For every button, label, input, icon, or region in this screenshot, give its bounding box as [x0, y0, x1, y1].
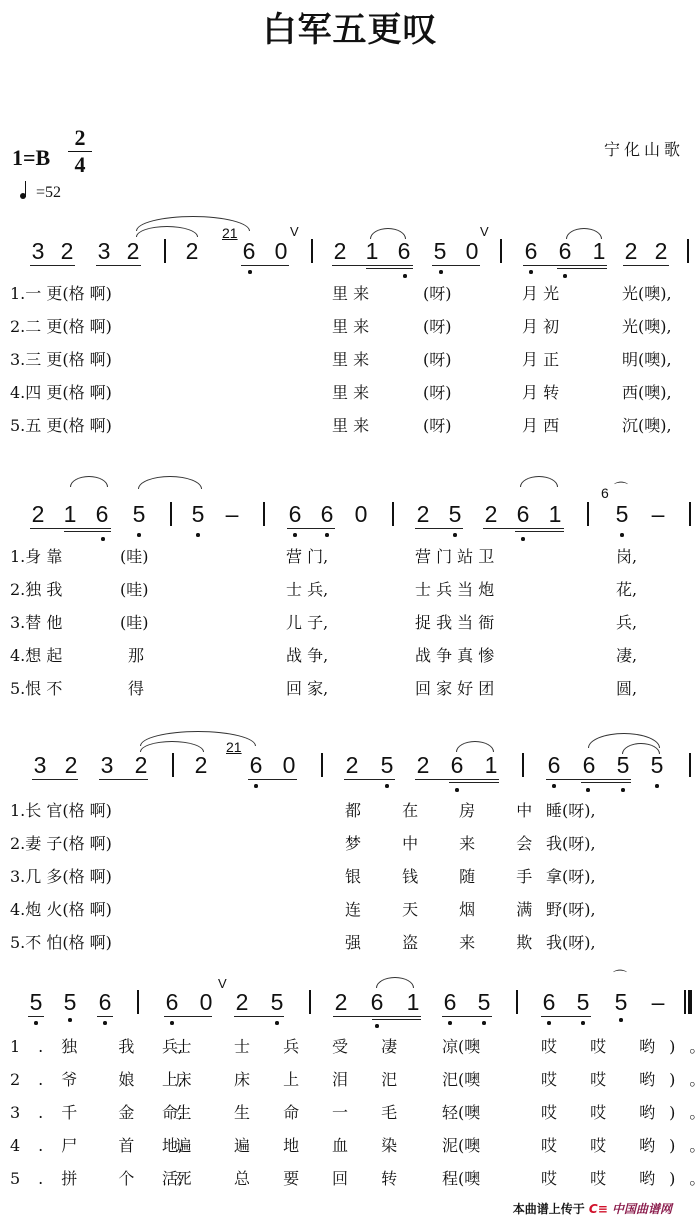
low-octave-dot	[293, 533, 297, 537]
note: 2	[29, 502, 47, 526]
lyric: (哇)	[120, 581, 149, 599]
barline	[522, 753, 524, 777]
underline	[415, 779, 499, 780]
barline	[170, 502, 172, 526]
underline	[557, 268, 607, 269]
barline	[311, 239, 313, 263]
underline	[234, 1016, 284, 1017]
lyric: 士 兵,	[286, 581, 328, 599]
note: 2	[132, 753, 150, 777]
final-barline-thin	[684, 990, 686, 1014]
note: 6	[368, 990, 386, 1014]
lyric: 地,	[162, 1137, 183, 1155]
note: 2	[652, 239, 670, 263]
note: 3	[95, 239, 113, 263]
lyric: 2.妻 子(格 啊)	[10, 835, 112, 853]
breath-mark: V	[480, 224, 489, 239]
underline	[546, 779, 631, 780]
lyric: 月 初	[522, 318, 559, 336]
lyric: 里 来	[332, 351, 369, 369]
lyric: 里 来	[332, 384, 369, 402]
underline	[483, 528, 564, 529]
time-signature-bottom: 4	[68, 153, 92, 177]
lyric: (呀)	[423, 417, 452, 435]
note: 5	[268, 990, 286, 1014]
low-octave-dot	[586, 788, 590, 792]
low-octave-dot	[275, 1021, 279, 1025]
underline	[164, 1016, 212, 1017]
low-octave-dot	[103, 1021, 107, 1025]
lyric: 岗,	[616, 548, 637, 566]
time-signature: 2 4	[68, 126, 92, 177]
note: 2	[62, 753, 80, 777]
lyric: 儿 子,	[286, 614, 328, 632]
lyric: 营 门,	[286, 548, 328, 566]
low-octave-dot	[552, 784, 556, 788]
note: 1	[363, 239, 381, 263]
barline	[689, 502, 691, 526]
underline	[333, 1016, 421, 1017]
underline	[97, 1016, 113, 1017]
note: 2	[233, 990, 251, 1014]
low-octave-dot	[581, 1021, 585, 1025]
lyric: 哎 哎 哟)。	[541, 1137, 700, 1155]
note: 6	[96, 990, 114, 1014]
lyric: 轻(噢	[442, 1104, 480, 1122]
underline	[541, 1016, 591, 1017]
note: 5	[378, 753, 396, 777]
lyric: 我(呀),	[546, 835, 596, 853]
lyric: 里 来	[332, 417, 369, 435]
lyric: (呀)	[423, 351, 452, 369]
note: 6	[522, 239, 540, 263]
underline	[442, 1016, 492, 1017]
low-octave-dot	[137, 533, 141, 537]
note: –	[649, 990, 667, 1014]
low-octave-dot	[375, 1024, 379, 1028]
slur	[520, 476, 558, 487]
final-barline-thick	[688, 990, 692, 1014]
low-octave-dot	[521, 537, 525, 541]
low-octave-dot	[620, 533, 624, 537]
lyric: 那	[128, 647, 144, 665]
time-signature-top: 2	[68, 126, 92, 150]
low-octave-dot	[439, 270, 443, 274]
low-octave-dot	[34, 1021, 38, 1025]
underline	[30, 265, 75, 266]
lyric: 强 盗 来 欺	[345, 934, 550, 952]
note: 0	[272, 239, 290, 263]
low-octave-dot	[403, 274, 407, 278]
lyric: 4.想 起	[10, 647, 62, 665]
low-octave-dot	[655, 784, 659, 788]
lyric: 凄,	[616, 647, 637, 665]
barline	[587, 502, 589, 526]
lyric: (哇)	[120, 548, 149, 566]
lyric: 我(呀),	[546, 934, 596, 952]
lyric: 圆,	[616, 680, 637, 698]
note: 5	[614, 753, 632, 777]
lyric: 床 上	[234, 1071, 313, 1089]
lyric: 4.四 更(格 啊)	[10, 384, 112, 402]
underline	[99, 779, 148, 780]
low-octave-dot	[448, 1021, 452, 1025]
lyric: 受 凄	[332, 1038, 411, 1056]
underline	[30, 528, 111, 529]
note: 2	[124, 239, 142, 263]
lyric: 梦 中 来 会	[345, 835, 550, 853]
note: 2	[183, 239, 201, 263]
lyric: 遍 地	[234, 1137, 313, 1155]
note: 6	[318, 502, 336, 526]
lyric: 拿(呀),	[546, 868, 596, 886]
grace-note: 21	[226, 740, 242, 754]
fermata-icon: ⌒	[613, 972, 627, 984]
barline	[392, 502, 394, 526]
lyric: 光(噢),	[622, 318, 672, 336]
note: 5	[612, 990, 630, 1014]
low-octave-dot	[453, 533, 457, 537]
note: 1	[61, 502, 79, 526]
underline	[449, 782, 499, 783]
note: 5	[613, 502, 631, 526]
lyric: (呀)	[423, 318, 452, 336]
underline	[515, 531, 564, 532]
note: 5	[61, 990, 79, 1014]
barline	[172, 753, 174, 777]
note: 5	[574, 990, 592, 1014]
note: 2	[414, 502, 432, 526]
low-octave-dot	[325, 533, 329, 537]
lyric: 5.恨 不	[10, 680, 62, 698]
lyric: 生 命	[234, 1104, 313, 1122]
low-octave-dot	[254, 784, 258, 788]
lyric: 1.长 官(格 啊)	[10, 802, 112, 820]
lyric: 月 转	[522, 384, 559, 402]
slur	[456, 741, 494, 752]
tempo-value: =52	[36, 184, 61, 201]
lyric: 都 在 房 中	[345, 802, 550, 820]
underline	[581, 782, 631, 783]
underline	[287, 528, 335, 529]
lyric: 士 兵	[234, 1038, 313, 1056]
note: 3	[31, 753, 49, 777]
lyric: 4.炮 火(格 啊)	[10, 901, 112, 919]
slur	[138, 476, 202, 489]
lyric: 总 要	[234, 1170, 313, 1188]
note: 3	[98, 753, 116, 777]
underline	[64, 531, 111, 532]
lyric: (哇)	[120, 614, 149, 632]
underline	[366, 268, 413, 269]
lyric: 银 钱 随 手	[345, 868, 550, 886]
barline	[689, 753, 691, 777]
note: 2	[58, 239, 76, 263]
note: 2	[343, 753, 361, 777]
note: 1	[590, 239, 608, 263]
lyric: 兵,	[616, 614, 637, 632]
underline	[344, 779, 395, 780]
underline	[415, 528, 463, 529]
note: 0	[280, 753, 298, 777]
note: 6	[441, 990, 459, 1014]
note: 0	[197, 990, 215, 1014]
slur	[70, 476, 108, 487]
underline	[28, 1016, 44, 1017]
lyric: 上,	[162, 1071, 183, 1089]
note: –	[649, 502, 667, 526]
barline	[500, 239, 502, 263]
upload-credit: 本曲谱上传于 C≡ 中国曲谱网	[513, 1200, 672, 1217]
lyric: 活,	[162, 1170, 183, 1188]
note: 2	[332, 990, 350, 1014]
lyric: 程(噢	[442, 1170, 480, 1188]
lyric: 连 天 烟 满	[345, 901, 550, 919]
note: 5	[189, 502, 207, 526]
low-octave-dot	[563, 274, 567, 278]
lyric: 月 西	[522, 417, 559, 435]
low-octave-dot	[619, 1018, 623, 1022]
note: 5	[648, 753, 666, 777]
note: 6	[556, 239, 574, 263]
note: 0	[463, 239, 481, 263]
barline	[263, 502, 265, 526]
note: 2	[482, 502, 500, 526]
lyric: 沉(噢),	[622, 417, 672, 435]
lyric: 2.独 我	[10, 581, 62, 599]
lyric: 野(呀),	[546, 901, 596, 919]
key-signature: 1=B	[12, 145, 50, 171]
note: 1	[482, 753, 500, 777]
lyric: 花,	[616, 581, 637, 599]
lyric: 睡(呀),	[546, 802, 596, 820]
lyric: 营 门 站 卫	[415, 548, 494, 566]
lyric: (呀)	[423, 285, 452, 303]
lyric: 血 染	[332, 1137, 411, 1155]
underline	[332, 265, 413, 266]
note: 2	[192, 753, 210, 777]
low-octave-dot	[196, 533, 200, 537]
site-logo-icon: C≡	[589, 1202, 608, 1216]
low-octave-dot	[621, 788, 625, 792]
low-octave-dot	[385, 784, 389, 788]
lyric: 泪 汜	[332, 1071, 411, 1089]
lyric: 命,	[162, 1104, 183, 1122]
lyric: 哎 哎 哟)。	[541, 1170, 700, 1188]
low-octave-dot	[529, 270, 533, 274]
low-octave-dot	[101, 537, 105, 541]
lyric: 西(噢),	[622, 384, 672, 402]
note: 2	[622, 239, 640, 263]
breath-mark: V	[218, 976, 227, 991]
note: 5	[130, 502, 148, 526]
grace-note: 21	[222, 226, 238, 240]
note: –	[223, 502, 241, 526]
note: 6	[240, 239, 258, 263]
lyric: 凉(噢	[442, 1038, 480, 1056]
note: 6	[580, 753, 598, 777]
lyric: 回 家 好 团	[415, 680, 494, 698]
note: 0	[352, 502, 370, 526]
note: 1	[404, 990, 422, 1014]
song-origin: 宁化山歌	[604, 137, 684, 160]
lyric: 明(噢),	[622, 351, 672, 369]
note: 6	[93, 502, 111, 526]
barline	[687, 239, 689, 263]
barline	[137, 990, 139, 1014]
note: 6	[545, 753, 563, 777]
lyric: 月 正	[522, 351, 559, 369]
lyric: 1.一 更(格 啊)	[10, 285, 112, 303]
low-octave-dot	[547, 1021, 551, 1025]
note: 2	[331, 239, 349, 263]
lyric: 得	[128, 680, 144, 698]
note: 6	[163, 990, 181, 1014]
slur	[376, 977, 414, 988]
lyric: 2.二 更(格 啊)	[10, 318, 112, 336]
note: 5	[27, 990, 45, 1014]
barline	[309, 990, 311, 1014]
score-title: 白军五更叹	[0, 2, 700, 51]
underline	[241, 265, 289, 266]
lyric: 3.三 更(格 啊)	[10, 351, 112, 369]
underline	[432, 265, 480, 266]
underline	[372, 1019, 421, 1020]
lyric: 泥(噢	[442, 1137, 480, 1155]
lyric: 5.五 更(格 啊)	[10, 417, 112, 435]
lyric: 5.不 怕(格 啊)	[10, 934, 112, 952]
lyric: 哎 哎 哟)。	[541, 1071, 700, 1089]
barline	[164, 239, 166, 263]
lyric: 士 兵 当 炮	[415, 581, 494, 599]
lyric: 里 来	[332, 318, 369, 336]
lyric: 一 毛	[332, 1104, 411, 1122]
grace-note: 6	[601, 486, 609, 500]
site-name-link[interactable]: 中国曲谱网	[612, 1202, 672, 1216]
note: 2	[414, 753, 432, 777]
note: 5	[446, 502, 464, 526]
note: 6	[286, 502, 304, 526]
lyric: 战 争 真 惨	[415, 647, 494, 665]
lyric: 3.替 他	[10, 614, 62, 632]
lyric: 捉 我 当 衙	[415, 614, 494, 632]
note: 6	[395, 239, 413, 263]
underline	[96, 265, 141, 266]
low-octave-dot	[248, 270, 252, 274]
lyric: 里 来	[332, 285, 369, 303]
tempo-marking: =52	[20, 184, 61, 202]
underline	[248, 779, 297, 780]
lyric: 光(噢),	[622, 285, 672, 303]
lyric: 兵,	[162, 1038, 183, 1056]
underline	[523, 265, 607, 266]
low-octave-dot	[170, 1021, 174, 1025]
low-octave-dot	[68, 1018, 72, 1022]
lyric: 战 争,	[286, 647, 328, 665]
upload-credit-text: 本曲谱上传于	[513, 1202, 585, 1216]
note: 5	[475, 990, 493, 1014]
breath-mark: V	[290, 224, 299, 239]
lyric: 3.几 多(格 啊)	[10, 868, 112, 886]
note: 6	[514, 502, 532, 526]
lyric: 月 光	[522, 285, 559, 303]
fermata-icon: ⌒	[614, 484, 628, 496]
note: 6	[540, 990, 558, 1014]
lyric: 哎 哎 哟)。	[541, 1104, 700, 1122]
barline	[516, 990, 518, 1014]
low-octave-dot	[482, 1021, 486, 1025]
note: 5	[431, 239, 449, 263]
lyric: 回 家,	[286, 680, 328, 698]
barline	[321, 753, 323, 777]
quarter-note-icon	[20, 193, 26, 199]
low-octave-dot	[455, 788, 459, 792]
lyric: 1.身 靠	[10, 548, 62, 566]
note: 6	[247, 753, 265, 777]
lyric: 哎 哎 哟)。	[541, 1038, 700, 1056]
underline	[623, 265, 669, 266]
note: 6	[448, 753, 466, 777]
note: 1	[546, 502, 564, 526]
underline	[32, 779, 78, 780]
lyric: 回 转	[332, 1170, 411, 1188]
lyric: (呀)	[423, 384, 452, 402]
lyric: 汜(噢	[442, 1071, 480, 1089]
note: 3	[29, 239, 47, 263]
